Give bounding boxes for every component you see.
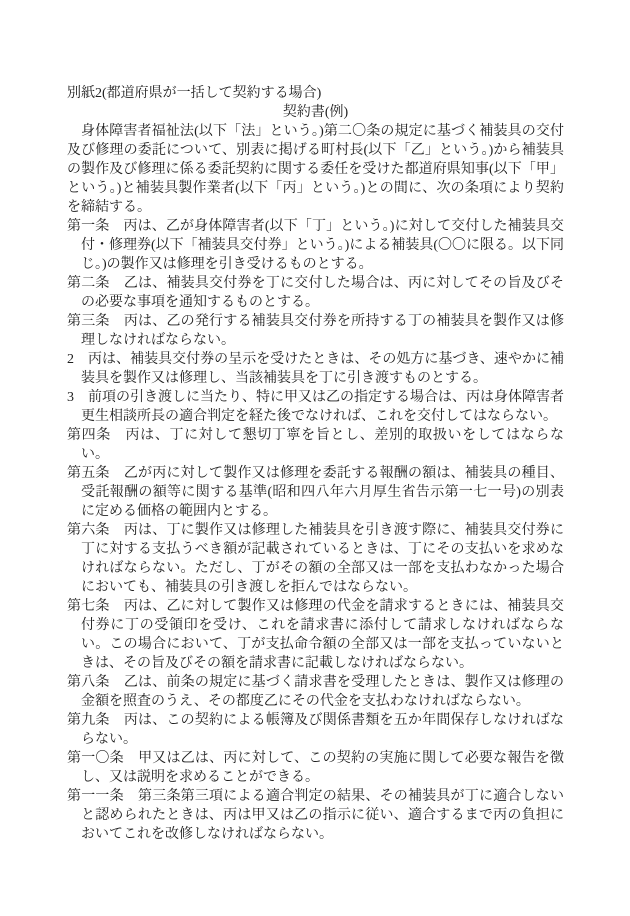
article-8: 第八条 乙は、前条の規定に基づく請求書を受理したときは、製作又は修理の金額を照査… xyxy=(67,673,564,711)
article-11: 第一一条 第三条第三項による適合判定の結果、その補装具が丁に適合しないと認められ… xyxy=(67,787,564,844)
article-4: 第四条 丙は、丁に対して懇切丁寧を旨とし、差別的取扱いをしてはならない。 xyxy=(67,426,564,464)
article-9: 第九条 丙は、この契約による帳簿及び関係書類を五か年間保存しなければならない。 xyxy=(67,711,564,749)
document-title: 契約書(例) xyxy=(67,103,564,122)
article-6: 第六条 丙は、丁に製作又は修理した補装具を引き渡す際に、補装具交付券に丁に対する… xyxy=(67,521,564,597)
article-1: 第一条 丙は、乙が身体障害者(以下「丁」という。)に対して交付した補装具交付・修… xyxy=(67,217,564,274)
preamble-paragraph: 身体障害者福祉法(以下「法」という。)第二〇条の規定に基づく補装具の交付及び修理… xyxy=(67,122,564,217)
article-7: 第七条 丙は、乙に対して製作又は修理の代金を請求するときには、補装具交付券に丁の… xyxy=(67,597,564,673)
contract-document-page: 別紙2(都道府県が一括して契約する場合) 契約書(例) 身体障害者福祉法(以下「… xyxy=(0,0,630,916)
article-2: 第二条 乙は、補装具交付券を丁に交付した場合は、丙に対してその旨及びその必要な事… xyxy=(67,274,564,312)
article-3-paragraph-2: 2 丙は、補装具交付券の呈示を受けたときは、その処方に基づき、速やかに補装具を製… xyxy=(67,350,564,388)
article-10: 第一〇条 甲又は乙は、丙に対して、この契約の実施に関して必要な報告を徴し、又は説… xyxy=(67,749,564,787)
attachment-label: 別紙2(都道府県が一括して契約する場合) xyxy=(67,84,564,103)
article-3-paragraph-3: 3 前項の引き渡しに当たり、特に甲又は乙の指定する場合は、丙は身体障害者更生相談… xyxy=(67,388,564,426)
article-3: 第三条 丙は、乙の発行する補装具交付券を所持する丁の補装具を製作又は修理しなけれ… xyxy=(67,312,564,350)
article-5: 第五条 乙が丙に対して製作又は修理を委託する報酬の額は、補装具の種目、受託報酬の… xyxy=(67,464,564,521)
